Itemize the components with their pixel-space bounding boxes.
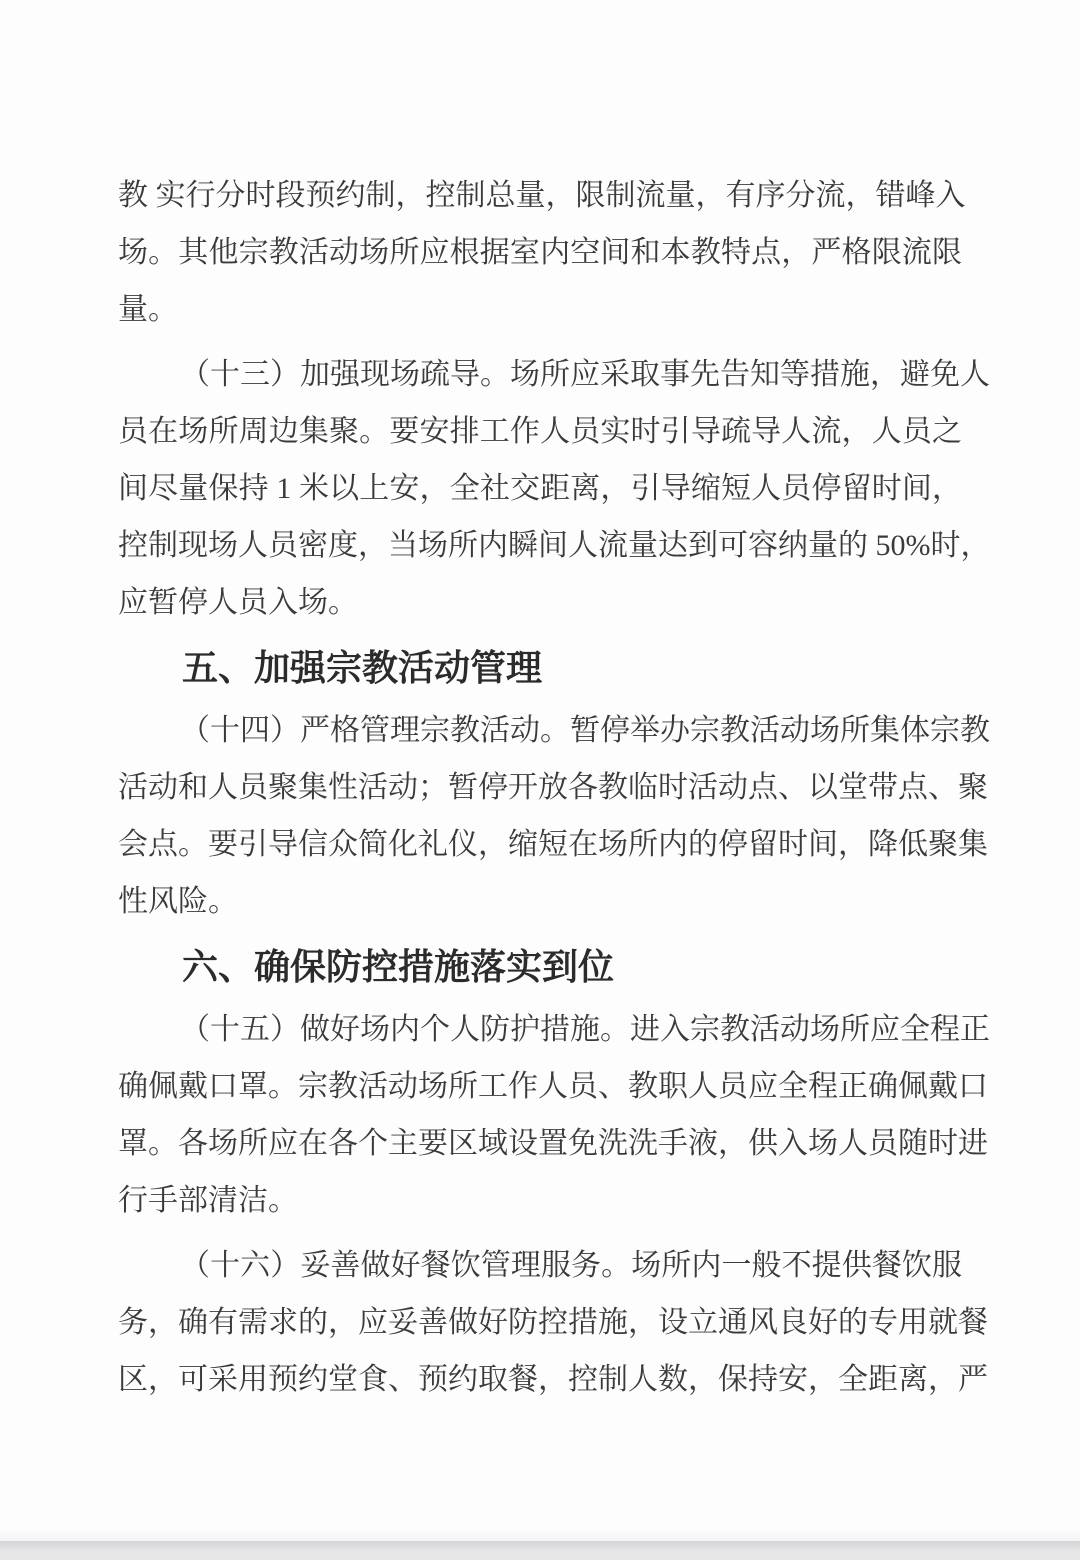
body-line: 罩。各场所应在各个主要区域设置免洗洗手液，供入场人员随时进	[118, 1115, 962, 1172]
body-line: 应暂停人员入场。	[118, 574, 962, 631]
body-line: 场。其他宗教活动场所应根据室内空间和本教特点，严格限流限	[118, 224, 962, 281]
body-line: 区，可采用预约堂食、预约取餐，控制人数，保持安，全距离，严	[118, 1351, 962, 1408]
bottom-bar	[0, 1541, 1080, 1560]
text-content: 教 实行分时段预约制，控制总量，限制流量，有序分流，错峰入 场。其他宗教活动场所…	[118, 167, 962, 1416]
body-line: 活动和人员聚集性活动；暂停开放各教临时活动点、以堂带点、聚	[118, 759, 962, 816]
body-line: 教 实行分时段预约制，控制总量，限制流量，有序分流，错峰入	[118, 167, 962, 224]
paragraph-item-16: （十六）妥善做好餐饮管理服务。场所内一般不提供餐饮服 务，确有需求的，应妥善做好…	[118, 1237, 962, 1408]
body-line: 员在场所周边集聚。要安排工作人员实时引导疏导人流，人员之	[118, 403, 962, 460]
body-line: （十三）加强现场疏导。场所应采取事先告知等措施，避免人	[118, 346, 962, 403]
paragraph-continued: 教 实行分时段预约制，控制总量，限制流量，有序分流，错峰入 场。其他宗教活动场所…	[118, 167, 962, 338]
paragraph-item-15: （十五）做好场内个人防护措施。进入宗教活动场所应全程正 确佩戴口罩。宗教活动场所…	[118, 1001, 962, 1229]
body-line: 间尽量保持 1 米以上安，全社交距离，引导缩短人员停留时间，	[118, 460, 962, 517]
document-page: 教 实行分时段预约制，控制总量，限制流量，有序分流，错峰入 场。其他宗教活动场所…	[0, 0, 1080, 1560]
section-heading-5: 五、加强宗教活动管理	[118, 639, 962, 696]
body-line: 量。	[118, 281, 962, 338]
body-line: （十五）做好场内个人防护措施。进入宗教活动场所应全程正	[118, 1001, 962, 1058]
paragraph-item-14: （十四）严格管理宗教活动。暂停举办宗教活动场所集体宗教 活动和人员聚集性活动；暂…	[118, 702, 962, 930]
body-line: 会点。要引导信众简化礼仪，缩短在场所内的停留时间，降低聚集	[118, 816, 962, 873]
section-heading-6: 六、确保防控措施落实到位	[118, 938, 962, 995]
page-edge-shadow	[0, 1527, 1080, 1541]
body-line: （十四）严格管理宗教活动。暂停举办宗教活动场所集体宗教	[118, 702, 962, 759]
body-line: 确佩戴口罩。宗教活动场所工作人员、教职人员应全程正确佩戴口	[118, 1058, 962, 1115]
body-line: 性风险。	[118, 873, 962, 930]
body-line: 行手部清洁。	[118, 1172, 962, 1229]
body-line: 务，确有需求的，应妥善做好防控措施，设立通风良好的专用就餐	[118, 1294, 962, 1351]
paragraph-item-13: （十三）加强现场疏导。场所应采取事先告知等措施，避免人 员在场所周边集聚。要安排…	[118, 346, 962, 631]
body-line: （十六）妥善做好餐饮管理服务。场所内一般不提供餐饮服	[118, 1237, 962, 1294]
body-line: 控制现场人员密度，当场所内瞬间人流量达到可容纳量的 50%时，	[118, 517, 962, 574]
